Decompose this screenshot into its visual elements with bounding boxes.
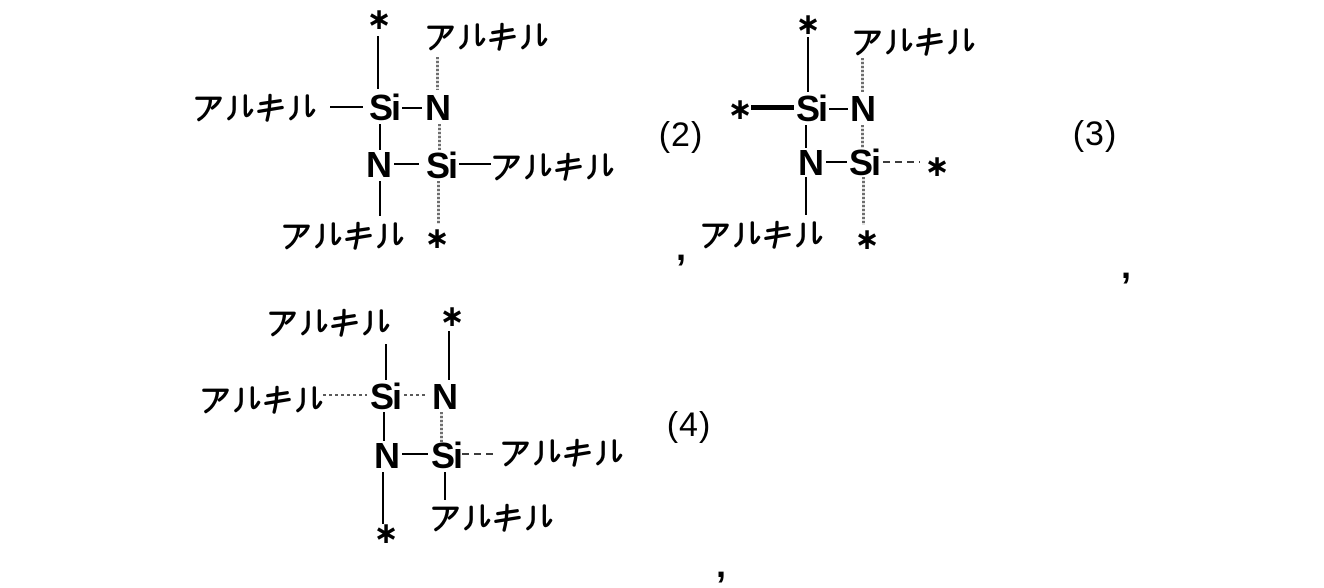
bond-ring-si-n: [379, 124, 381, 150]
alkyl-label: [425, 21, 549, 52]
alkyl-text-shape: [193, 92, 317, 123]
alkyl-label: [200, 384, 324, 415]
glyph-ki: [557, 154, 580, 179]
glyph-ki: [347, 223, 370, 248]
bond-alkyl-si: [323, 394, 367, 396]
alkyl-label: [500, 437, 624, 468]
alkyl-text-shape: [852, 26, 976, 57]
alkyl-label: [281, 220, 405, 251]
glyph-ru: [303, 311, 326, 334]
bond-ring-si-n: [404, 394, 428, 396]
bond-n-alkyl: [805, 177, 807, 215]
glyph-ru: [365, 311, 388, 334]
bond-ring-n-si: [861, 125, 864, 148]
glyph-ru: [798, 223, 821, 246]
glyph-a: [204, 390, 227, 411]
glyph-ru: [736, 223, 759, 246]
si-atom: Si: [796, 91, 826, 127]
bond-n-alkyl: [379, 181, 381, 216]
n-atom: N: [850, 91, 874, 127]
glyph-a: [285, 226, 308, 247]
attachment-star: ∗: [424, 224, 449, 254]
glyph-ru: [523, 25, 546, 48]
si-atom: Si: [431, 438, 461, 474]
bond-ring-si-n: [829, 108, 848, 110]
bond-ring-si-n: [402, 107, 422, 109]
glyph-ki: [259, 95, 282, 120]
n-atom: N: [798, 145, 822, 181]
glyph-a: [856, 32, 879, 53]
bond-n-star: [382, 472, 384, 524]
si-atom: Si: [849, 145, 879, 181]
bond-star-n: [448, 331, 450, 380]
glyph-a: [704, 225, 727, 246]
si-atom: Si: [426, 148, 456, 184]
bond-star-si: [377, 36, 379, 89]
alkyl-text-shape: [491, 151, 615, 182]
alkyl-text-shape: [281, 220, 405, 251]
bond-si-alkyl: [462, 453, 496, 455]
glyph-a: [434, 508, 457, 529]
formula-4-label: (4): [667, 408, 712, 442]
bond-alkyl-n: [436, 57, 439, 90]
glyph-ru: [461, 25, 484, 48]
bond-si-star: [862, 177, 865, 225]
glyph-ki: [918, 29, 941, 54]
attachment-star: ∗: [854, 225, 879, 255]
attachment-star: ∗: [924, 152, 949, 182]
glyph-ki: [566, 440, 589, 465]
bond-ring-n-si: [402, 453, 428, 455]
bond-star-si: [807, 37, 809, 92]
glyph-ru: [317, 224, 340, 247]
comma-separator: ,: [1121, 248, 1131, 284]
alkyl-text-shape: [425, 21, 549, 52]
glyph-ru: [598, 441, 621, 464]
glyph-ru: [466, 506, 489, 529]
si-atom: Si: [370, 379, 400, 415]
alkyl-label: [700, 219, 824, 250]
formula-3-label: (3): [1073, 117, 1118, 151]
glyph-ru: [589, 155, 612, 178]
alkyl-label: [852, 26, 976, 57]
n-atom: N: [366, 147, 390, 183]
n-atom: N: [425, 90, 449, 126]
glyph-ru: [528, 506, 551, 529]
comma-separator: ,: [716, 547, 726, 583]
bond-ring-si-n: [805, 125, 807, 148]
glyph-a: [271, 313, 294, 334]
bond-si-alkyl: [444, 472, 446, 500]
glyph-a: [504, 443, 527, 464]
glyph-ru: [291, 96, 314, 119]
comma-separator: ,: [676, 230, 686, 266]
glyph-ki: [491, 24, 514, 49]
attachment-star: ∗: [439, 302, 464, 332]
glyph-ru: [888, 30, 911, 53]
bond-si-star: [437, 181, 440, 224]
bond-alkyl-si: [385, 344, 387, 380]
glyph-ru: [379, 224, 402, 247]
alkyl-text-shape: [700, 219, 824, 250]
alkyl-text-shape: [430, 502, 554, 533]
attachment-star: ∗: [795, 10, 820, 40]
alkyl-label: [267, 307, 391, 338]
alkyl-text-shape: [200, 384, 324, 415]
glyph-ki: [333, 310, 356, 335]
bond-ring-n-si: [440, 412, 443, 442]
glyph-ki: [496, 505, 519, 530]
bond-ring-si-n: [383, 412, 385, 441]
glyph-ru: [229, 96, 252, 119]
bond-alkyl-n: [861, 58, 864, 92]
si-atom: Si: [369, 90, 399, 126]
attachment-star: ∗: [373, 519, 398, 549]
attachment-star: ∗: [366, 5, 391, 35]
alkyl-label: [491, 151, 615, 182]
alkyl-text-shape: [500, 437, 624, 468]
alkyl-label: [193, 92, 317, 123]
bond-ring-n-si: [438, 124, 441, 150]
glyph-a: [495, 157, 518, 178]
attachment-star: ∗: [727, 95, 752, 125]
formula-2-label: (2): [659, 118, 704, 152]
glyph-ki: [266, 387, 289, 412]
glyph-ru: [298, 388, 321, 411]
glyph-ru: [236, 388, 259, 411]
bond-si-alkyl: [459, 163, 491, 165]
bond-star-si-bold: [751, 105, 794, 110]
glyph-ki: [766, 222, 789, 247]
alkyl-text-shape: [267, 307, 391, 338]
n-atom: N: [432, 379, 456, 415]
glyph-a: [429, 27, 452, 48]
glyph-ru: [527, 155, 550, 178]
glyph-ru: [536, 441, 559, 464]
bond-alkyl-si: [330, 106, 363, 108]
alkyl-label: [430, 502, 554, 533]
glyph-ru: [950, 30, 973, 53]
glyph-a: [197, 98, 220, 119]
bond-ring-n-si: [394, 163, 419, 165]
bond-ring-n-si: [826, 161, 847, 163]
bond-si-star: [883, 161, 920, 163]
n-atom: N: [374, 438, 398, 474]
patent-formula-figure: ∗ Si N N Si ∗ (2) , ∗: [0, 0, 1324, 588]
